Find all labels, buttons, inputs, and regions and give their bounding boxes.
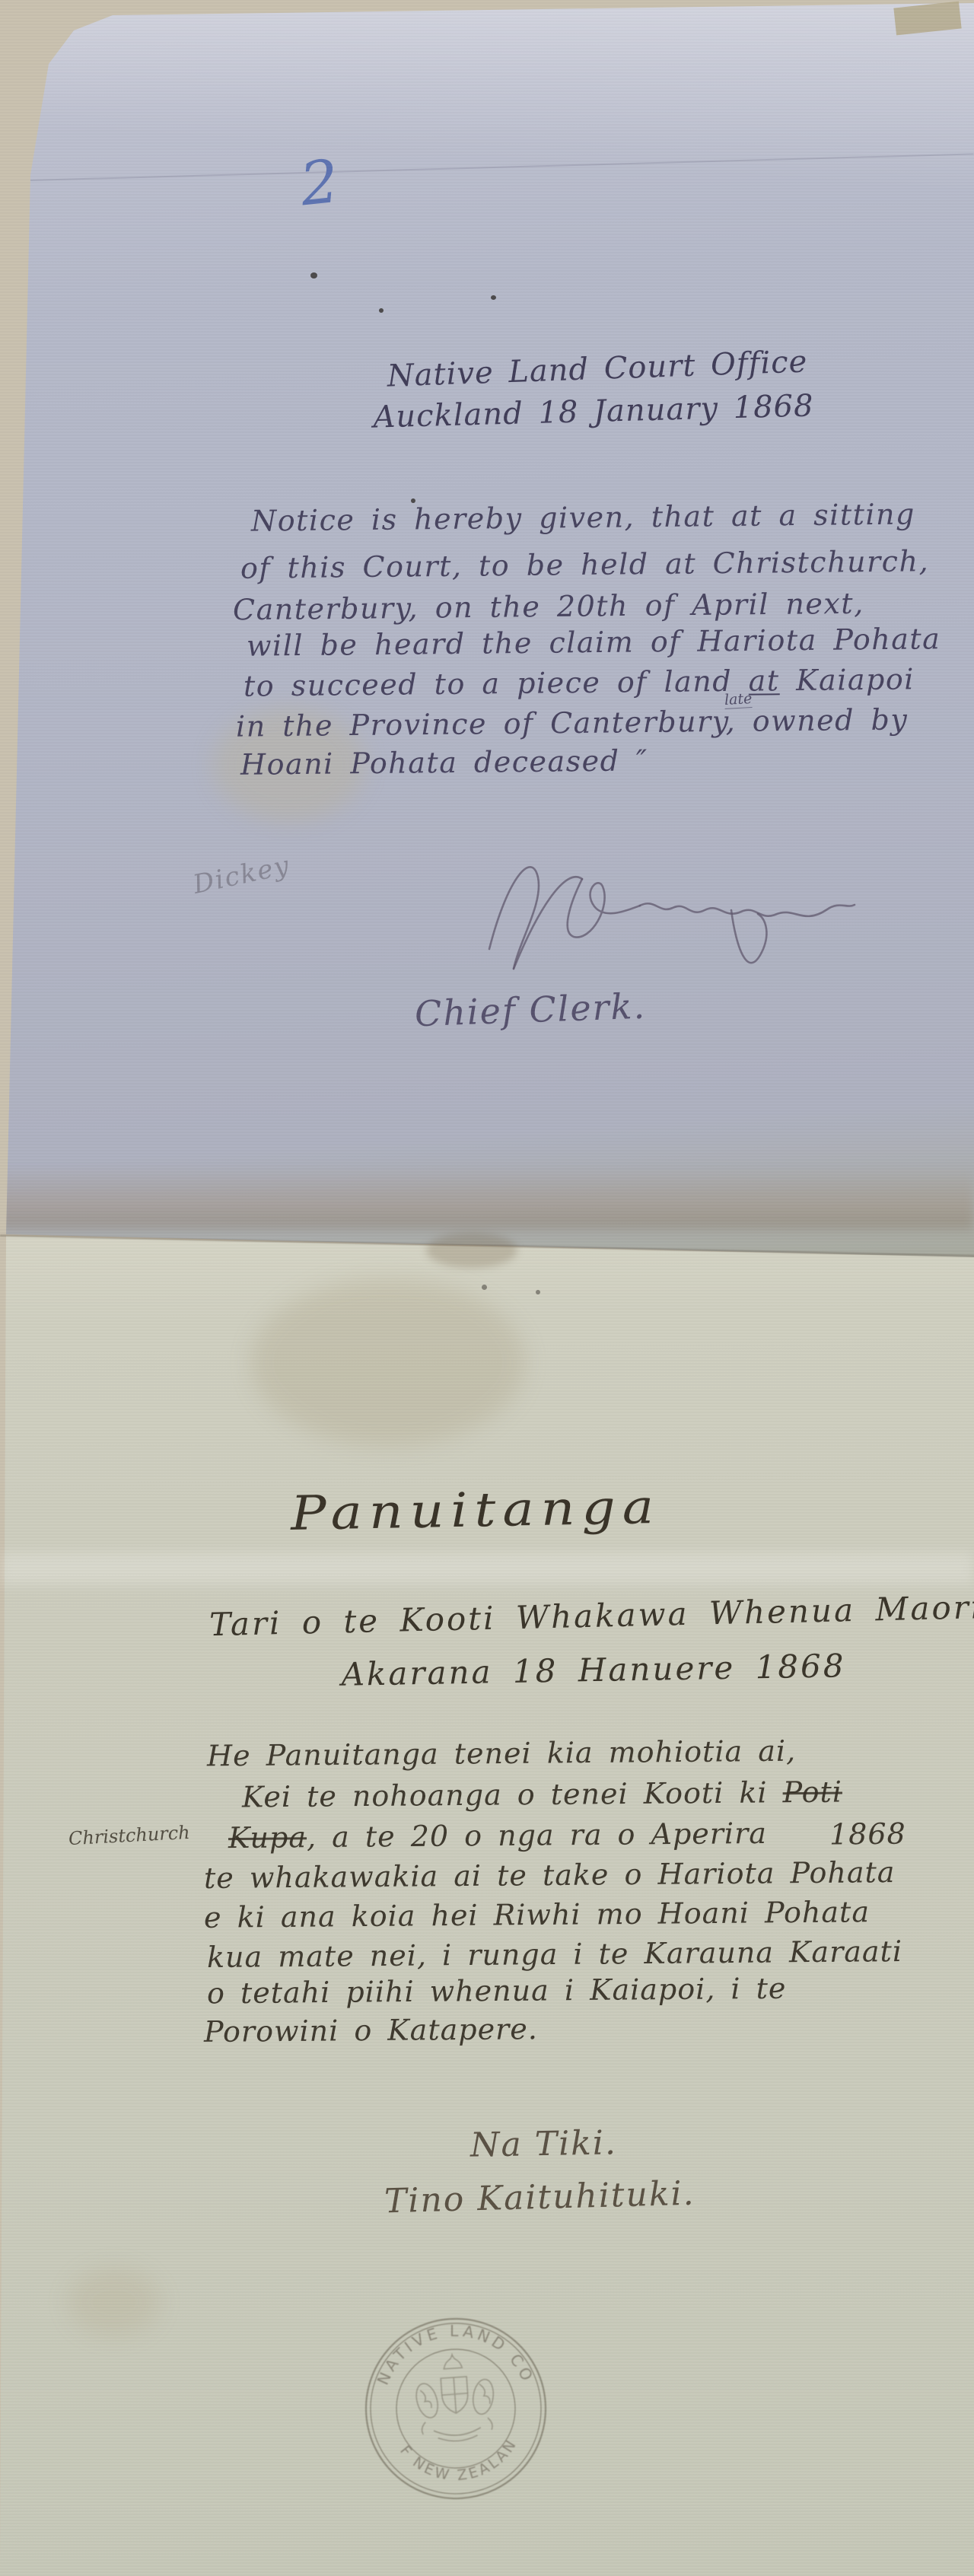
maori-body-line: He Panuitanga tenei kia mohiotia ai, [207,1734,796,1773]
paper-stain-band [0,1164,974,1234]
english-body-line: Hoani Pohata deceased ″ [240,744,648,782]
maori-body-line: Kei te nohoanga o tenei Kooti ki Poti [242,1775,842,1814]
paper-speck [491,295,496,300]
maori-title: Panuitanga [290,1479,661,1541]
paper-stain [426,1233,517,1268]
native-land-court-seal: THE NATIVE LAND COURT • OF NEW ZEALAND • [361,2313,551,2504]
line2-struck-word: Poti [782,1775,842,1810]
paper-speck [482,1285,487,1290]
maori-signoff-name: Na Tiki. [470,2123,618,2164]
paper-speck [536,1290,540,1294]
page-number-annotation: 2 [297,148,342,220]
english-signoff: Chief Clerk. [414,986,647,1035]
maori-signoff-title: Tino Kaituhituki. [384,2174,695,2221]
document-scan: 2 Native Land Court Office Auckland 18 J… [0,0,974,2576]
line3-struck-word: Kupa [228,1820,307,1855]
paper-stain [251,1278,525,1446]
maori-body-line: o tetahi piihi whenua i Kaiapoi, i te [207,1972,787,2011]
maori-body-line: te whakawakia ai te take o Hariota Pohat… [204,1855,896,1895]
maori-body-line: Kupa, a te 20 o nga ra o Aperira [228,1817,767,1855]
maori-body-line: e ki ana koia hei Riwhi mo Hoani Pohata [204,1895,870,1934]
english-body-line: Notice is hereby given, that at a sittin… [251,497,915,537]
english-body-line: in the Province of Canterbury, owned by [236,702,909,743]
maori-body-line: kua mate nei, i runga i te Karauna Karaa… [207,1934,902,1974]
line3-main: , a te 20 o nga ra o Aperira [307,1817,767,1854]
line5-post: Kaiapoi [779,662,915,697]
maori-body-year: 1868 [829,1817,906,1852]
chief-clerk-signature [468,833,871,997]
line2-pre: Kei te nohoanga o tenei Kooti ki [242,1775,783,1813]
english-body-line: Canterbury, on the 20th of April next, [233,587,864,627]
paper-fold-highlight [0,1552,974,1584]
paper-speck [310,272,317,279]
insertion-late: late [724,690,752,709]
paper-stain [68,2268,160,2336]
line5-underlined-word: at [748,664,779,697]
royal-coat-of-arms [411,2352,500,2444]
paper-sheen [0,0,974,190]
paper-speck [379,308,384,313]
line5-pre: to succeed to a piece of land [243,664,749,703]
english-body-line: to succeed to a piece of land at Kaiapoi [243,662,915,702]
maori-body-line: Porowini o Katapere. [204,2012,538,2049]
